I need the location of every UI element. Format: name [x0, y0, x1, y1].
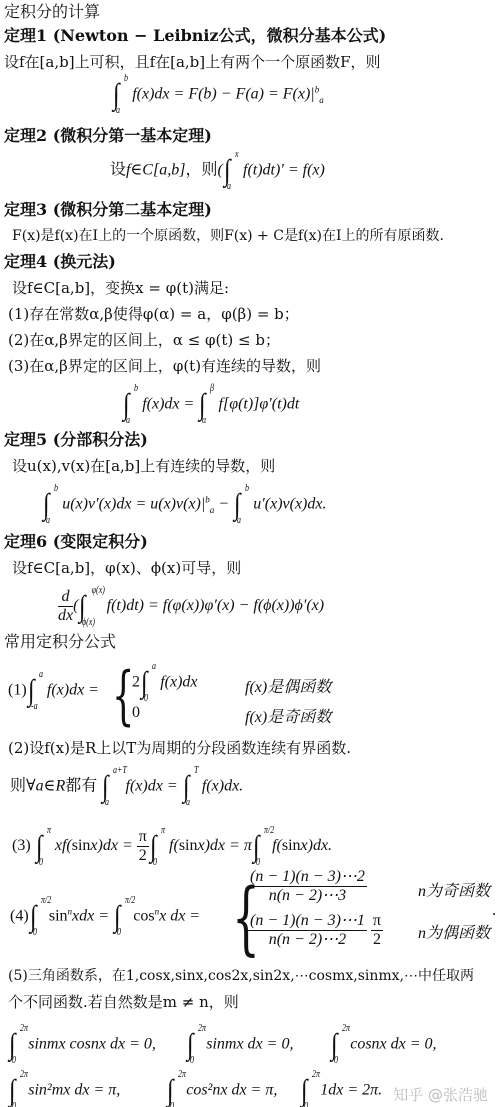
- theorem6-formula: ddx(∫φ(x)ϕ(x) f(t)dt) = f(φ(x))φ′(x) − f…: [58, 588, 324, 625]
- theorem4-formula: ∫baf(x)dx = ∫βαf[φ(t)]φ′(t)dt: [122, 390, 299, 420]
- formula-4-case2: (n − 1)(n − 3)⋯1n(n − 2)⋯2 π2: [248, 912, 383, 949]
- theorem1-formula: ∫baf(x)dx = F(b) − F(a) = F(x)|ba: [112, 80, 324, 110]
- formula-2: 则∀a∈R都有 ∫a+Ta f(x)dx = ∫Taf(x)dx.: [10, 772, 243, 802]
- theorem3-heading: 定理3 (微积分第二基本定理): [4, 200, 212, 220]
- formula-5-text2: 个不同函数.若自然数是m ≠ n，则: [8, 992, 239, 1012]
- formula-4-case1: (n − 1)(n − 3)⋯2n(n − 2)⋯3: [248, 868, 367, 905]
- formula-1-cond1: f(x)是偶函数: [245, 674, 331, 697]
- formula-3: (3) ∫π0xf(sinx)dx = π2∫π0f(sinx)dx = π∫π…: [12, 828, 332, 865]
- watermark: 知乎 @张浩驰: [393, 1084, 488, 1105]
- theorem5-heading: 定理5 (分部积分法): [4, 430, 148, 450]
- formula-1-case1: 2∫a0f(x)dx: [132, 668, 198, 698]
- theorem5-formula: ∫bau(x)v′(x)dx = u(x)v(x)|ba − ∫bau′(x)v…: [42, 490, 326, 520]
- theorem4-cond2: (2)在α,β界定的区间上，α ≤ φ(t) ≤ b；: [8, 330, 280, 350]
- theorem6-heading: 定理6 (变限定积分): [4, 532, 148, 552]
- theorem5-text: 设u(x),v(x)在[a,b]上有连续的导数，则: [12, 456, 275, 476]
- formula-4-cond1: n为奇函数: [418, 878, 490, 901]
- theorem2-formula: 设f∈C[a,b]，则(∫xaf(t)dt)′ = f(x): [110, 156, 325, 186]
- common-heading: 常用定积分公式: [4, 632, 116, 652]
- formula-5-row1-c: ∫2π0cosnx dx = 0,: [330, 1030, 437, 1060]
- formula-5-row2-b: ∫2π0cos²nx dx = π,: [166, 1076, 277, 1106]
- formula-5-row2-a: ∫2π0sin²mx dx = π,: [8, 1076, 120, 1106]
- theorem4-intro: 设f∈C[a,b]，变换x = φ(t)满足:: [12, 278, 229, 298]
- period: .: [492, 902, 496, 920]
- formula-2-text: (2)设f(x)是R上以T为周期的分段函数连续有界函数.: [8, 738, 351, 758]
- formula-1: (1)∫a-af(x)dx =: [8, 676, 99, 706]
- formula-1-cond2: f(x)是奇函数: [245, 704, 331, 727]
- formula-4: (4)∫π/20sinnxdx = ∫π/20cosnx dx =: [10, 902, 200, 932]
- theorem4-cond1: (1)存在常数α,β使得φ(α) = a，φ(β) = b；: [8, 304, 299, 324]
- theorem2-heading: 定理2 (微积分第一基本定理): [4, 126, 212, 146]
- theorem4-heading: 定理4 (换元法): [4, 252, 116, 272]
- theorem1-text: 设f在[a,b]上可积，且f在[a,b]上有两个一个原函数F，则: [4, 52, 381, 72]
- formula-5-row2-c: ∫2π01dx = 2π.: [300, 1076, 382, 1106]
- theorem3-text: F(x)是f(x)在I上的一个原函数，则F(x) + C是f(x)在I上的所有原…: [12, 226, 444, 246]
- page-title: 定积分的计算: [4, 2, 100, 22]
- theorem1-heading: 定理1 (Newton − Leibniz公式，微积分基本公式): [4, 26, 386, 46]
- formula-5-row1-b: ∫2π0sinmx dx = 0,: [186, 1030, 293, 1060]
- formula-5-text1: (5)三角函数系，在1,cosx,sinx,cos2x,sin2x,⋯cosmx…: [8, 966, 474, 986]
- formula-5-row1-a: ∫2π0sinmx cosnx dx = 0,: [8, 1030, 156, 1060]
- theorem6-text: 设f∈C[a,b]，φ(x)、ϕ(x)可导，则: [12, 558, 241, 578]
- formula-1-case2: 0: [132, 704, 140, 722]
- formula-4-cond2: n为偶函数: [418, 920, 490, 943]
- theorem4-cond3: (3)在α,β界定的区间上，φ(t)有连续的导数，则: [8, 356, 321, 376]
